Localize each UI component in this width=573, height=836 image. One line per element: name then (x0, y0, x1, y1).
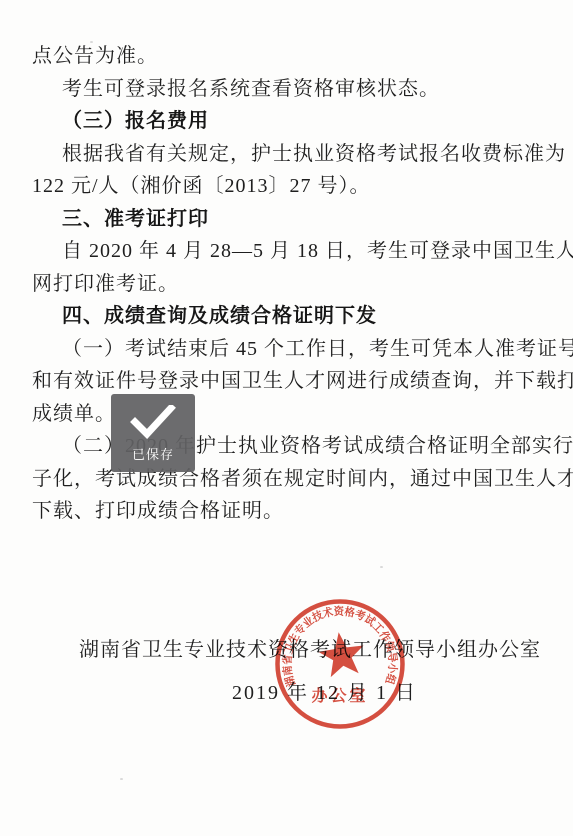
document-heading-admission-ticket: 三、准考证打印 (32, 203, 541, 236)
signature-date: 2019 年 12 月 1 日 (32, 677, 541, 710)
scanned-document-page: 点公告为准。 考生可登录报名系统查看资格审核状态。 （三）报名费用 根据我省有关… (0, 0, 573, 836)
scan-speckle (380, 566, 383, 568)
document-line: 根据我省有关规定，护士执业资格考试报名收费标准为 (32, 138, 541, 171)
document-line: 子化，考试成绩合格者须在规定时间内，通过中国卫生人才网 (32, 463, 541, 496)
document-body: 点公告为准。 考生可登录报名系统查看资格审核状态。 （三）报名费用 根据我省有关… (0, 0, 573, 710)
document-line: 成绩单。 (32, 398, 541, 431)
scan-speckle (120, 778, 123, 780)
signature-org: 湖南省卫生专业技术资格考试工作领导小组办公室 (32, 634, 541, 667)
document-line: （一）考试结束后 45 个工作日，考生可凭本人准考证号 (32, 333, 541, 366)
signature-block: 湖南省卫生专业技术资格考试工作领导小组办公室 2019 年 12 月 1 日 (32, 634, 541, 710)
save-toast: 已保存 (111, 394, 195, 472)
document-line: （二）2020 年护士执业资格考试成绩合格证明全部实行电 (32, 430, 541, 463)
document-line: 和有效证件号登录中国卫生人才网进行成绩查询，并下载打印 (32, 365, 541, 398)
document-line: 考生可登录报名系统查看资格审核状态。 (32, 73, 541, 106)
document-line: 122 元/人（湘价函〔2013〕27 号）。 (32, 170, 541, 203)
check-icon (130, 405, 176, 439)
document-line: 下载、打印成绩合格证明。 (32, 495, 541, 528)
document-heading-score-query: 四、成绩查询及成绩合格证明下发 (32, 300, 541, 333)
document-line: 自 2020 年 4 月 28—5 月 18 日，考生可登录中国卫生人才 (32, 235, 541, 268)
save-toast-label: 已保存 (132, 444, 174, 463)
scan-speckle (489, 149, 492, 151)
scan-speckle (90, 41, 93, 43)
document-line: 网打印准考证。 (32, 268, 541, 301)
document-line: 点公告为准。 (32, 40, 541, 73)
document-heading-fees: （三）报名费用 (32, 105, 541, 138)
